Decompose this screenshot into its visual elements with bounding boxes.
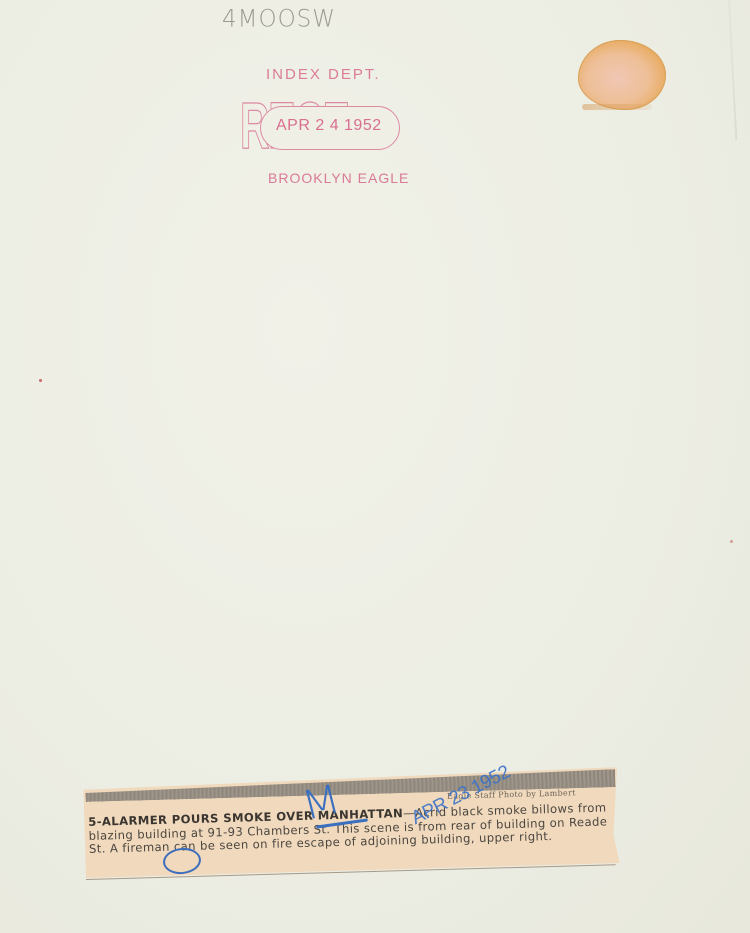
stamp-paper-name: BROOKLYN EAGLE — [268, 170, 409, 186]
adhesive-stain — [578, 40, 666, 110]
pencil-catalog-note: 4MOOSW — [222, 5, 336, 32]
red-speck — [730, 540, 733, 543]
stamp-date: APR 2 4 1952 — [276, 117, 382, 135]
adhesive-stain-streak — [582, 104, 652, 110]
stamp-dept: INDEX DEPT. — [266, 66, 381, 83]
received-stamp: INDEX DEPT. RECEIVED APR 2 4 1952 BROOKL… — [238, 64, 424, 194]
red-speck — [39, 379, 42, 382]
